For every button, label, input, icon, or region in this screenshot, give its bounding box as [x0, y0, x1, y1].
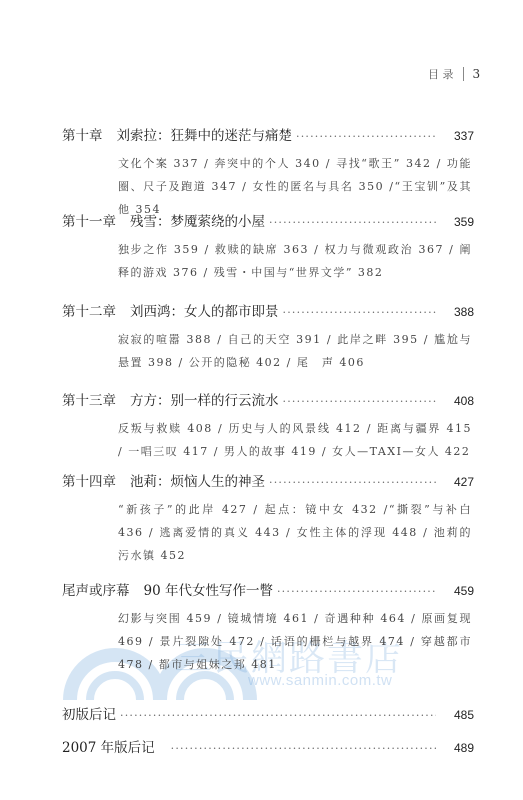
chapter-page: 359	[440, 215, 474, 229]
leader-dots	[269, 476, 436, 489]
toc-entry: 第十一章 残雪：梦魇萦绕的小屋 359 独步之作 359 / 救赎的缺席 363…	[62, 210, 474, 284]
section-list: 反叛与救赎 408 / 历史与人的风景线 412 / 距离与疆界 415 / 一…	[118, 417, 472, 463]
chapter-heading[interactable]: 2007 年版后记 489	[62, 736, 474, 756]
chapter-page: 337	[440, 129, 474, 143]
section-list: 独步之作 359 / 救赎的缺席 363 / 权力与微观政治 367 / 阐释的…	[118, 238, 472, 284]
chapter-number: 第十三章	[62, 389, 116, 409]
chapter-number: 第十二章	[62, 300, 116, 320]
chapter-number: 第十四章	[62, 470, 116, 490]
chapter-number: 初版后记	[62, 703, 116, 723]
chapter-title: 池莉：烦恼人生的神圣	[130, 470, 265, 490]
chapter-page: 427	[440, 475, 474, 489]
toc-entry: 尾声或序幕 90 年代女性写作一瞥 459 幻影与突围 459 / 镜城情境 4…	[62, 579, 474, 676]
toc-entry: 第十三章 方方：别一样的行云流水 408 反叛与救赎 408 / 历史与人的风景…	[62, 389, 474, 463]
running-header: 目 录 3	[428, 66, 480, 82]
section-list: “新孩子”的此岸 427 / 起点：镜中女 432 /“撕裂”与补白 436 /…	[118, 498, 472, 567]
leader-dots	[277, 585, 436, 598]
leader-dots	[296, 130, 436, 143]
leader-dots	[283, 395, 437, 408]
page-number: 3	[473, 67, 481, 81]
chapter-title: 方方：别一样的行云流水	[130, 389, 279, 409]
chapter-heading[interactable]: 第十三章 方方：别一样的行云流水 408	[62, 389, 474, 409]
chapter-number: 尾声或序幕	[62, 579, 130, 599]
toc-entry: 初版后记 485	[62, 703, 474, 723]
chapter-number: 2007 年版后记	[62, 736, 155, 756]
chapter-page: 388	[440, 305, 474, 319]
chapter-heading[interactable]: 尾声或序幕 90 年代女性写作一瞥 459	[62, 579, 474, 599]
section-list: 寂寂的喧嚣 388 / 自己的天空 391 / 此岸之畔 395 / 尴尬与悬置…	[118, 328, 472, 374]
toc-entry: 第十四章 池莉：烦恼人生的神圣 427 “新孩子”的此岸 427 / 起点：镜中…	[62, 470, 474, 567]
leader-dots	[283, 306, 437, 319]
toc-entry: 第十二章 刘西鸿：女人的都市即景 388 寂寂的喧嚣 388 / 自己的天空 3…	[62, 300, 474, 374]
leader-dots	[171, 742, 436, 755]
chapter-heading[interactable]: 第十一章 残雪：梦魇萦绕的小屋 359	[62, 210, 474, 230]
chapter-heading[interactable]: 第十章 刘索拉：狂舞中的迷茫与痛楚 337	[62, 124, 474, 144]
section-list: 幻影与突围 459 / 镜城情境 461 / 奇遇种种 464 / 原画复现 4…	[118, 607, 472, 676]
chapter-number: 第十一章	[62, 210, 116, 230]
chapter-heading[interactable]: 初版后记 485	[62, 703, 474, 723]
chapter-number: 第十章	[62, 124, 103, 144]
chapter-heading[interactable]: 第十四章 池莉：烦恼人生的神圣 427	[62, 470, 474, 490]
chapter-title: 残雪：梦魇萦绕的小屋	[130, 210, 265, 230]
chapter-heading[interactable]: 第十二章 刘西鸿：女人的都市即景 388	[62, 300, 474, 320]
header-section-title: 目 录	[428, 66, 454, 82]
leader-dots	[269, 216, 436, 229]
chapter-page: 485	[440, 708, 474, 722]
chapter-page: 408	[440, 394, 474, 408]
chapter-title: 刘索拉：狂舞中的迷茫与痛楚	[117, 124, 293, 144]
chapter-title: 90 年代女性写作一瞥	[144, 579, 273, 599]
chapter-page: 489	[440, 741, 474, 755]
toc-entry: 2007 年版后记 489	[62, 736, 474, 756]
chapter-page: 459	[440, 584, 474, 598]
header-divider	[463, 67, 464, 81]
toc-entry: 第十章 刘索拉：狂舞中的迷茫与痛楚 337 文化个案 337 / 奔突中的个人 …	[62, 124, 474, 221]
leader-dots	[120, 709, 436, 722]
chapter-title: 刘西鸿：女人的都市即景	[130, 300, 279, 320]
